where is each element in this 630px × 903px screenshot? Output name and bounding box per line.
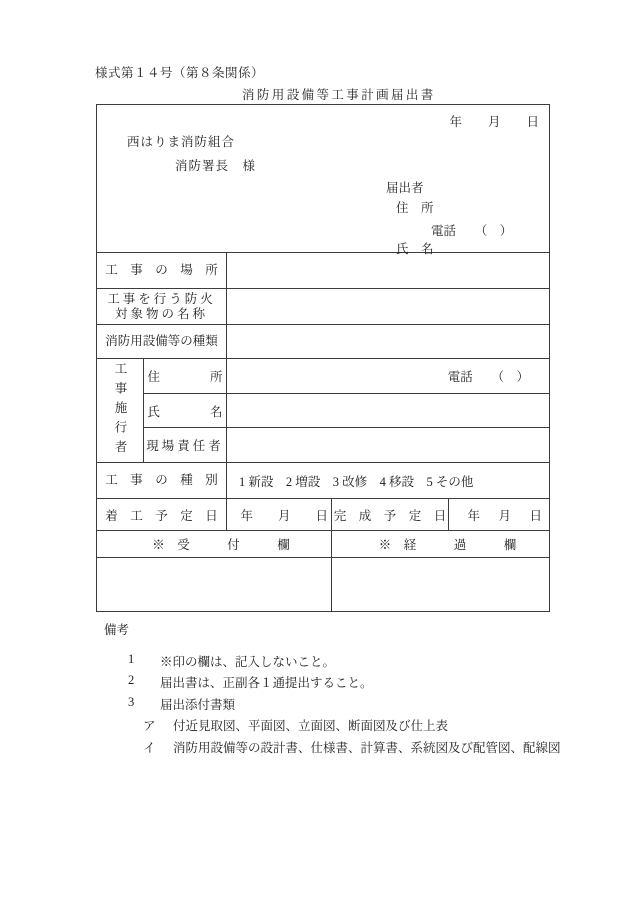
month-label: 月 (488, 112, 501, 130)
notifier-label: 届出者 (386, 178, 424, 196)
date-line: 年 月 日 (97, 112, 539, 130)
note-subitem-text: 付近見取図、平面図、立面図、断面図及び仕上表 (173, 716, 448, 738)
note-subitem-number: ア (143, 716, 173, 738)
note-subitem-number: イ (143, 738, 173, 760)
stamp-header-row: ※ 受 付 欄 ※ 経 過 欄 (97, 531, 549, 558)
contractor-phone-label: 電話 （ ） (448, 367, 529, 385)
notes-heading: 備考 (104, 620, 561, 642)
fire-object-name-label: 工事を行う防火 対象物の名称 (97, 289, 227, 324)
start-date-value: 年 月 日 (227, 499, 332, 530)
contractor-name-row: 氏 名 (144, 394, 549, 429)
reception-area (97, 558, 332, 611)
progress-area (332, 558, 549, 611)
equipment-type-field (227, 325, 549, 358)
note-subitem-text: 消防用設備等の設計書、仕様書、計算書、系統図及び配管図、配線図 (173, 738, 561, 760)
notifier-name-label: 氏 名 (396, 239, 434, 257)
reception-column-header: ※ 受 付 欄 (97, 531, 332, 557)
site-manager-row: 現場責任者 (144, 428, 549, 462)
site-manager-label: 現場責任者 (144, 428, 227, 462)
contractor-group-label: 工事施行者 (111, 362, 129, 460)
form-header-block: 年 月 日 西はりま消防組合 消防署長 様 届出者 住 所 電話 （ ） 氏 名 (97, 105, 549, 253)
contractor-rows: 住 所 電話 （ ） 氏 名 現場責任者 (144, 359, 549, 462)
contractor-name-field (227, 394, 549, 428)
stamp-blank-row (97, 558, 549, 611)
contractor-name-label: 氏 名 (144, 394, 227, 428)
day-label: 日 (526, 112, 539, 130)
page-title: 消防用設備等工事計画届出書 (242, 85, 436, 103)
notes-section: 備考 1 ※印の欄は、記入しないこと。 2 届出書は、正副各１通提出すること。 … (104, 620, 561, 760)
notifier-phone-label: 電話 （ ） (431, 221, 512, 239)
construction-type-label: 工 事 の 種 別 (97, 463, 227, 498)
construction-site-label: 工 事 の 場 所 (97, 253, 227, 288)
note-item-text: 届出書は、正副各１通提出すること。 (160, 673, 373, 695)
note-item-number: 3 (128, 695, 160, 717)
start-date-label: 着 工 予 定 日 (97, 499, 227, 530)
note-item-number: 1 (128, 652, 160, 674)
note-item-text: ※印の欄は、記入しないこと。 (160, 652, 335, 674)
note-item: 1 ※印の欄は、記入しないこと。 (128, 652, 561, 674)
contractor-group-label-cell: 工事施行者 (97, 359, 144, 462)
construction-site-field (227, 253, 549, 288)
construction-site-row: 工 事 の 場 所 (97, 253, 549, 289)
completion-date-value: 年 月 日 (449, 499, 549, 530)
addressee: 消防署長 様 (175, 156, 256, 174)
progress-column-header: ※ 経 過 欄 (332, 531, 549, 557)
note-item-number: 2 (128, 673, 160, 695)
site-manager-field (227, 428, 549, 462)
notifier-address-label: 住 所 (396, 198, 434, 216)
contractor-section: 工事施行者 住 所 電話 （ ） 氏 名 現場責任者 (97, 359, 549, 463)
form-number: 様式第１４号（第８条関係） (95, 63, 264, 81)
note-subitem: ア 付近見取図、平面図、立面図、断面図及び仕上表 (143, 716, 561, 738)
organization-name: 西はりま消防組合 (127, 132, 235, 150)
year-label: 年 (449, 112, 462, 130)
schedule-row: 着 工 予 定 日 年 月 日 完 成 予 定 日 年 月 日 (97, 499, 549, 531)
equipment-type-label: 消防用設備等の種類 (97, 325, 227, 358)
completion-date-label: 完 成 予 定 日 (332, 499, 449, 530)
contractor-address-label: 住 所 (144, 359, 227, 393)
construction-type-row: 工 事 の 種 別 1 新設 2 増設 3 改修 4 移設 5 その他 (97, 463, 549, 499)
fire-object-name-row: 工事を行う防火 対象物の名称 (97, 289, 549, 325)
contractor-address-row: 住 所 電話 （ ） (144, 359, 549, 394)
fire-object-name-field (227, 289, 549, 324)
note-item: 2 届出書は、正副各１通提出すること。 (128, 673, 561, 695)
document-page: 様式第１４号（第８条関係） 消防用設備等工事計画届出書 年 月 日 西はりま消防… (0, 0, 630, 903)
construction-type-options: 1 新設 2 増設 3 改修 4 移設 5 その他 (227, 463, 549, 498)
note-item-text: 届出添付書類 (160, 695, 235, 717)
equipment-type-row: 消防用設備等の種類 (97, 325, 549, 359)
main-form-table: 年 月 日 西はりま消防組合 消防署長 様 届出者 住 所 電話 （ ） 氏 名… (96, 104, 550, 612)
contractor-address-field: 電話 （ ） (227, 359, 549, 393)
note-item: 3 届出添付書類 (128, 695, 561, 717)
note-subitem: イ 消防用設備等の設計書、仕様書、計算書、系統図及び配管図、配線図 (143, 738, 561, 760)
